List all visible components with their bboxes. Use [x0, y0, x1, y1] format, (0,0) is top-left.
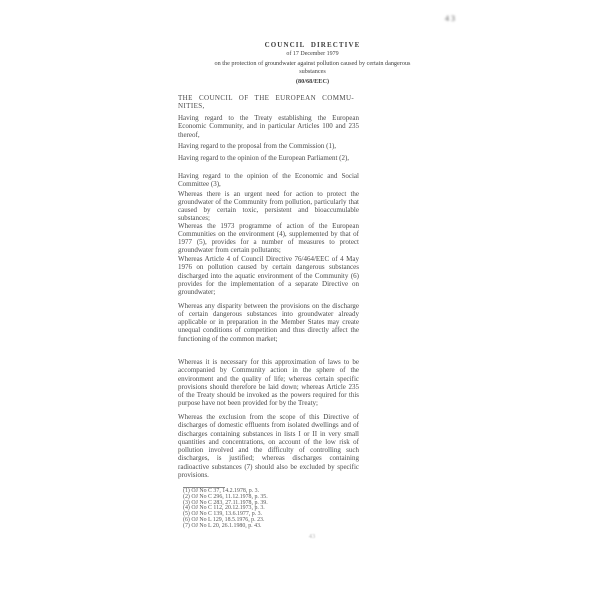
footnote-item: (7) OJ No L 20, 26.1.1980, p. 43. [183, 524, 318, 530]
document-page: 43 COUNCIL DIRECTIVE of 17 December 1979… [0, 0, 600, 600]
recital-paragraph: Whereas any disparity between the provis… [178, 302, 359, 343]
document-number: (80/68/EEC) [175, 78, 450, 86]
enacting-party-line-1: THE COUNCIL OF THE EUROPEAN COMMU- [178, 94, 359, 102]
document-subject-line-1: on the protection of groundwater against… [175, 60, 450, 68]
enacting-party: THE COUNCIL OF THE EUROPEAN COMMU- NITIE… [178, 94, 359, 111]
document-type-heading: COUNCIL DIRECTIVE [175, 41, 450, 49]
page-header-annotation: 43 [436, 14, 466, 23]
title-block: COUNCIL DIRECTIVE of 17 December 1979 on… [175, 41, 450, 86]
citation-parliament-opinion: Having regard to the opinion of the Euro… [178, 154, 359, 162]
page-number: 43 [300, 533, 324, 540]
recital-paragraph: Whereas the 1973 programme of action of … [178, 222, 359, 255]
citation-treaty: Having regard to the Treaty establishing… [178, 114, 359, 139]
citation-commission-proposal: Having regard to the proposal from the C… [178, 142, 359, 150]
document-date-line: of 17 December 1979 [175, 50, 450, 58]
recital-paragraph: Whereas it is necessary for this approxi… [178, 358, 359, 408]
recital-paragraph: Whereas there is an urgent need for acti… [178, 190, 359, 223]
recital-paragraph: Whereas the exclusion from the scope of … [178, 413, 359, 479]
recital-paragraph: Whereas Article 4 of Council Directive 7… [178, 255, 359, 296]
footnote-block: (1) OJ No C 37, 14.2.1978, p. 3. (2) OJ … [183, 489, 318, 530]
document-subject-line-2: substances [175, 68, 450, 76]
enacting-party-line-2: NITIES, [178, 102, 359, 110]
citation-esc-opinion: Having regard to the opinion of the Econ… [178, 172, 359, 189]
